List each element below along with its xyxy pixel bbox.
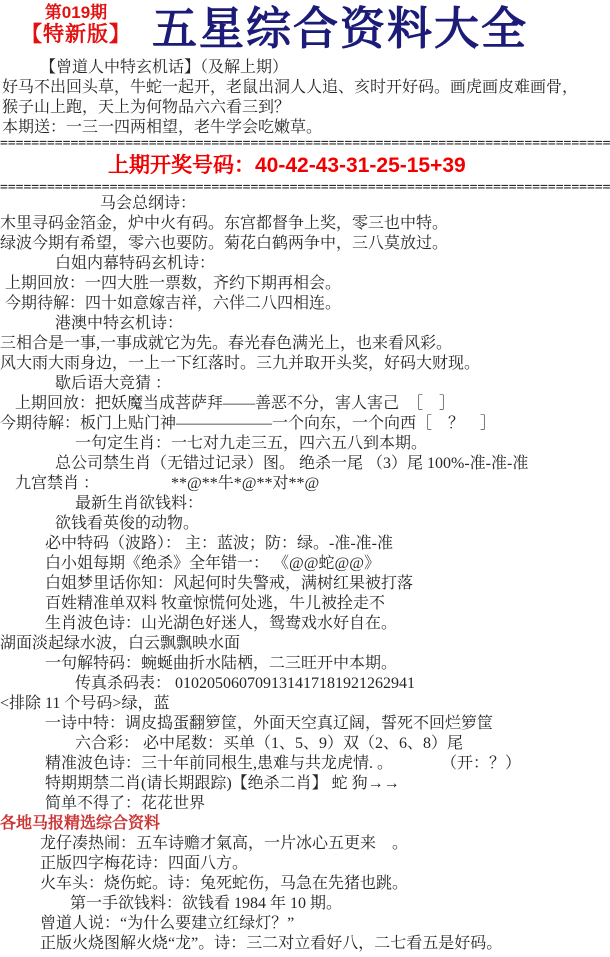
xiehouyu-line-1: 上期回放：把妖魔当成菩萨拜——善恶不分，害人害己 ［ ］ xyxy=(0,394,610,414)
mahui-poem-heading: 马会总纲诗： xyxy=(0,194,610,214)
header-issue-block: 第019期 【特新版】 xyxy=(0,4,152,46)
bizhong-tema-line: 必中特码（波路）： 主：蓝波；防：绿。-准-准-准 xyxy=(0,534,610,554)
shengxiao-sentence-line: 一句定生肖：一七对九走三五，四六五八到本期。 xyxy=(0,434,610,454)
regional-section-heading: 各地马报精选综合资料 xyxy=(0,814,610,834)
gangao-poem-line-2: 风大雨大雨身边，一上一下红落时。三九并取开头奖，好码大财现。 xyxy=(0,354,610,374)
yuqian-heading: 最新生肖欲钱料： xyxy=(0,494,610,514)
lottery-info-sheet: 第019期 【特新版】 五星综合资料大全 【曾道人中特玄机话】（及解上期） 好马… xyxy=(0,0,610,957)
bose-poem-line-1: 生肖波色诗：山光湖色好迷人，鸳鸯戏水好自在。 xyxy=(0,614,610,634)
baijie-poem-heading: 白姐内幕特码玄机诗： xyxy=(0,254,610,274)
meihua-poem-line: 正版四字梅花诗：四面八方。 xyxy=(0,854,610,874)
page-title: 五星综合资料大全 xyxy=(152,4,610,54)
yuqian-line: 欲钱看英俊的动物。 xyxy=(0,514,610,534)
shama-table-line: 传真杀码表： 010205060709131417181921262941 xyxy=(0,674,610,694)
longzai-line: 龙仔凑热闹：五车诗赡才氣高，一片冰心五更来 。 xyxy=(0,834,610,854)
edition-badge: 【特新版】 xyxy=(0,23,152,46)
intro-line-2: 猴子山上跑，天上为何物品六六看三到？ xyxy=(0,98,610,118)
mengli-line: 白姐梦里话你知：风起何时失警戒，满树红果被打落 xyxy=(0,574,610,594)
paichu-line: <排除 11 个号码>绿，蓝 xyxy=(0,694,610,714)
header: 第019期 【特新版】 五星综合资料大全 xyxy=(0,0,610,58)
separator-line-bottom: ========================================… xyxy=(0,182,610,194)
juesha-line: 白小姐每期《绝杀》全年错一： 《@@蛇@@》 xyxy=(0,554,610,574)
last-draw-banner: 上期开奖号码：40-42-43-31-25-15+39 xyxy=(0,151,610,181)
huoshao-line: 正版火烧图解火烧“龙”。诗：三二对立看好八，二七看五是好码。 xyxy=(0,934,610,954)
liuhecai-line: 六合彩： 必中尾数：买单（1、5、9）双（2、6、8）尾 xyxy=(0,734,610,754)
jin-erxiao-line: 特期期禁二肖(请长期跟踪)【绝杀二肖】 蛇 狗→→ xyxy=(0,774,610,794)
issue-number: 第019期 xyxy=(0,4,152,23)
bose-poem-line-2: 湖面淡起绿水波，白云飘飘映水面 xyxy=(0,634,610,654)
intro-heading: 【曾道人中特玄机话】（及解上期） xyxy=(0,58,610,78)
gangao-poem-line-1: 三相合是一事,一事成就它为先。春光春色满光上，也来看风彩。 xyxy=(0,334,610,354)
zengdaoren-quote-line: 曾道人说：“为什么要建立红绿灯？” xyxy=(0,914,610,934)
separator-line-top: ========================================… xyxy=(0,138,610,150)
danshuang-line: 百姓精准单双料 牧童惊慌何处逃，牛儿被拴走不 xyxy=(0,594,610,614)
intro-line-1: 好马不出回头草，牛蛇一起开，老鼠出洞人人追、亥时开好码。画虎画皮难画骨， xyxy=(0,78,610,98)
last-draw-numbers: 40-42-43-31-25-15+39 xyxy=(255,154,466,177)
mahui-poem-line-2: 绿波今期有希望，零六也要防。菊花白鹤两争中，三八莫放过。 xyxy=(0,234,610,254)
intro-line-3: 本期送：一三一四两相望，老牛学会吃嫩草。 xyxy=(0,118,610,138)
xiehouyu-line-2: 今期待解：板门上贴门神——————一个向东，一个向西［ ？ ］ xyxy=(0,414,610,434)
huochetou-line: 火车头：烧伤蛇。诗：兔死蛇伤，马急在先猪也跳。 xyxy=(0,874,610,894)
jin-shengxiao-line: 总公司禁生肖（无错过记录）图。 绝杀一尾 （3）尾 100%-准-准-准 xyxy=(0,454,610,474)
baijie-poem-line-1: 上期回放：一四大胜一票数，齐约下期再相会。 xyxy=(0,274,610,294)
xiehouyu-heading: 歇后语大竞猜 ： xyxy=(0,374,610,394)
gangao-poem-heading: 港澳中特玄机诗： xyxy=(0,314,610,334)
jingzhun-bose-line: 精准波色诗：三十年前同根生,患难与共龙虎情. 。 （开：？） xyxy=(0,754,610,774)
last-draw-label: 上期开奖号码： xyxy=(108,154,255,177)
baijie-poem-line-2: 今期待解：四十如意嫁吉祥，六伴二八四相连。 xyxy=(0,294,610,314)
mahui-poem-line-1: 木里寻码金箔金，炉中火有码。东宫都督争上奖，零三也中特。 xyxy=(0,214,610,234)
jiandan-line: 简单不得了：花花世界 xyxy=(0,794,610,814)
yishi-zhongte-line: 一诗中特：调皮捣蛋翻箩筐，外面天空真辽阔，誓死不回烂箩筐 xyxy=(0,714,610,734)
jie-tema-line: 一句解特码：蜿蜒曲折水陆栖，二三旺开中本期。 xyxy=(0,654,610,674)
diyishou-yuqian-line: 第一手欲钱料：欲钱看 1984 年 10 期。 xyxy=(0,894,610,914)
jiugong-jinxiao-line: 九宫禁肖 ： **@**牛*@**对**@ xyxy=(0,474,610,494)
